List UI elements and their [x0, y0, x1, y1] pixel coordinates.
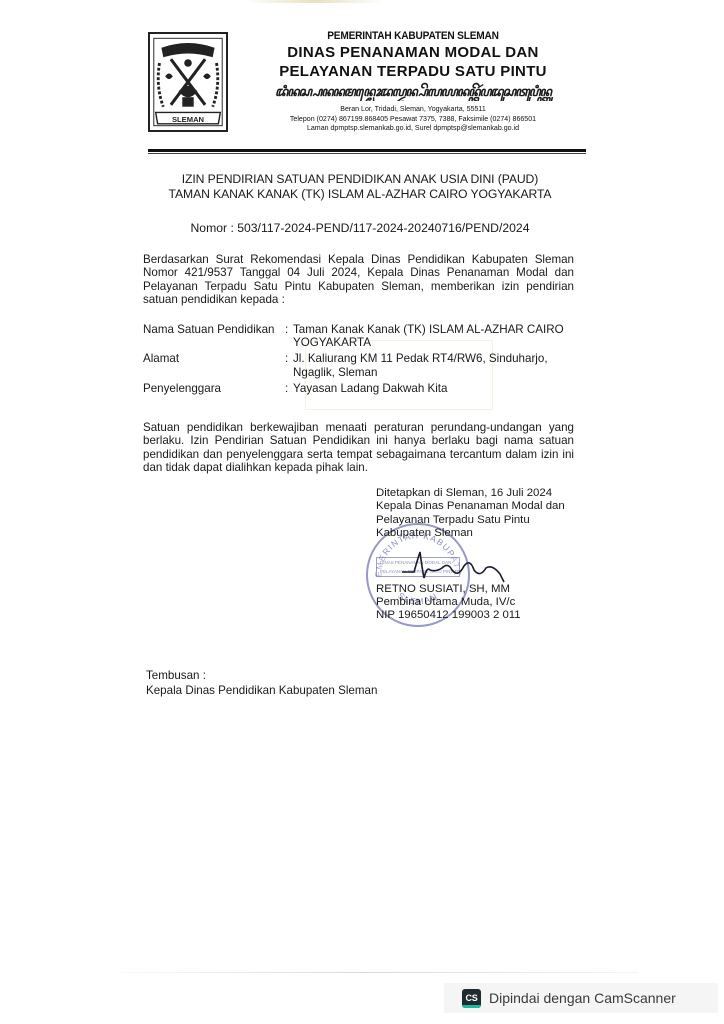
camscanner-logo-icon: CS [462, 989, 481, 1008]
detail-label: Alamat [143, 352, 285, 378]
letterhead-divider-thin [148, 153, 586, 154]
camscanner-watermark: CS Dipindai dengan CamScanner [444, 983, 718, 1013]
title-line1: IZIN PENDIRIAN SATUAN PENDIDIKAN ANAK US… [140, 172, 580, 187]
signer-position-line3: Kabupaten Sleman [376, 527, 586, 540]
scanned-document-page: SLEMAN PEMERINTAH KABUPATEN SLEMAN DINAS… [0, 0, 724, 1024]
detail-value: Jl. Kaliurang KM 11 Pedak RT4/RW6, Sindu… [293, 352, 583, 378]
government-name: PEMERINTAH KABUPATEN SLEMAN [254, 30, 572, 42]
signer-position-line1: Kepala Dinas Penanaman Modal dan [376, 500, 586, 513]
title-line2: TAMAN KANAK KANAK (TK) ISLAM AL-AZHAR CA… [140, 187, 580, 202]
letterhead-divider [148, 149, 586, 152]
agency-name-line2: PELAYANAN TERPADU SATU PINTU [240, 64, 586, 80]
carbon-copy-recipient: Kepala Dinas Pendidikan Kabupaten Sleman [146, 683, 377, 698]
detail-row-address: Alamat : Jl. Kaliurang KM 11 Pedak RT4/R… [143, 352, 583, 378]
document-title: IZIN PENDIRIAN SATUAN PENDIDIKAN ANAK US… [140, 172, 580, 202]
detail-colon: : [285, 352, 293, 378]
detail-label: Penyelenggara [143, 382, 285, 395]
detail-value: Yayasan Ladang Dakwah Kita [293, 382, 583, 395]
svg-text:SLEMAN: SLEMAN [172, 115, 204, 124]
signer-name: RETNO SUSIATI, SH, MM [376, 583, 586, 596]
scan-edge-line [88, 972, 638, 973]
camscanner-text: Dipindai dengan CamScanner [489, 990, 676, 1006]
details-list: Nama Satuan Pendidikan : Taman Kanak Kan… [143, 323, 583, 398]
detail-label: Nama Satuan Pendidikan [143, 323, 285, 349]
agency-phone: Telepon (0274) 867199.868405 Pesawat 737… [252, 114, 574, 124]
detail-row-school-name: Nama Satuan Pendidikan : Taman Kanak Kan… [143, 323, 583, 349]
javanese-script-line: ꦢꦶꦤꦱ꧀ꦥꦤꦤꦩꦤ꧀ꦩꦺꦴꦢꦭ꧀ꦢꦤ꧀ꦥꦼꦭꦪꦤꦤ꧀ꦠꦼꦂꦥꦢꦸꦱꦠꦸꦥꦶꦤ꧀… [249, 81, 578, 101]
place-date: Ditetapkan di Sleman, 16 Juli 2024 [376, 487, 586, 500]
detail-row-organizer: Penyelenggara : Yayasan Ladang Dakwah Ki… [143, 382, 583, 395]
detail-colon: : [285, 382, 293, 395]
detail-value: Taman Kanak Kanak (TK) ISLAM AL-AZHAR CA… [293, 323, 583, 349]
carbon-copy-heading: Tembusan : [146, 668, 377, 683]
signer-nip: NIP 19650412 199003 2 011 [376, 609, 586, 622]
agency-address: Beran Lor, Tridadi, Sleman, Yogyakarta, … [252, 104, 574, 114]
signer-position-line2: Pelayanan Terpadu Satu Pintu [376, 514, 586, 527]
letterhead-text: PEMERINTAH KABUPATEN SLEMAN DINAS PENANA… [240, 28, 586, 133]
letterhead: SLEMAN PEMERINTAH KABUPATEN SLEMAN DINAS… [148, 28, 586, 150]
carbon-copy-section: Tembusan : Kepala Dinas Pendidikan Kabup… [146, 668, 377, 698]
regency-coat-of-arms-icon: SLEMAN [148, 32, 228, 132]
intro-paragraph: Berdasarkan Surat Rekomendasi Kepala Din… [143, 253, 574, 307]
scan-artifact [245, 0, 385, 3]
obligation-paragraph: Satuan pendidikan berkewajiban menaati p… [143, 421, 574, 475]
signature-block: Ditetapkan di Sleman, 16 Juli 2024 Kepal… [376, 487, 586, 623]
agency-name-line1: DINAS PENANAMAN MODAL DAN [240, 45, 586, 61]
agency-web-email: Laman dpmptsp.slemankab.go.id, Surel dpm… [252, 123, 574, 133]
document-number: Nomor : 503/117-2024-PEND/117-2024-20240… [140, 221, 580, 235]
detail-colon: : [285, 323, 293, 349]
signer-rank: Pembina Utama Muda, IV/c [376, 596, 586, 609]
